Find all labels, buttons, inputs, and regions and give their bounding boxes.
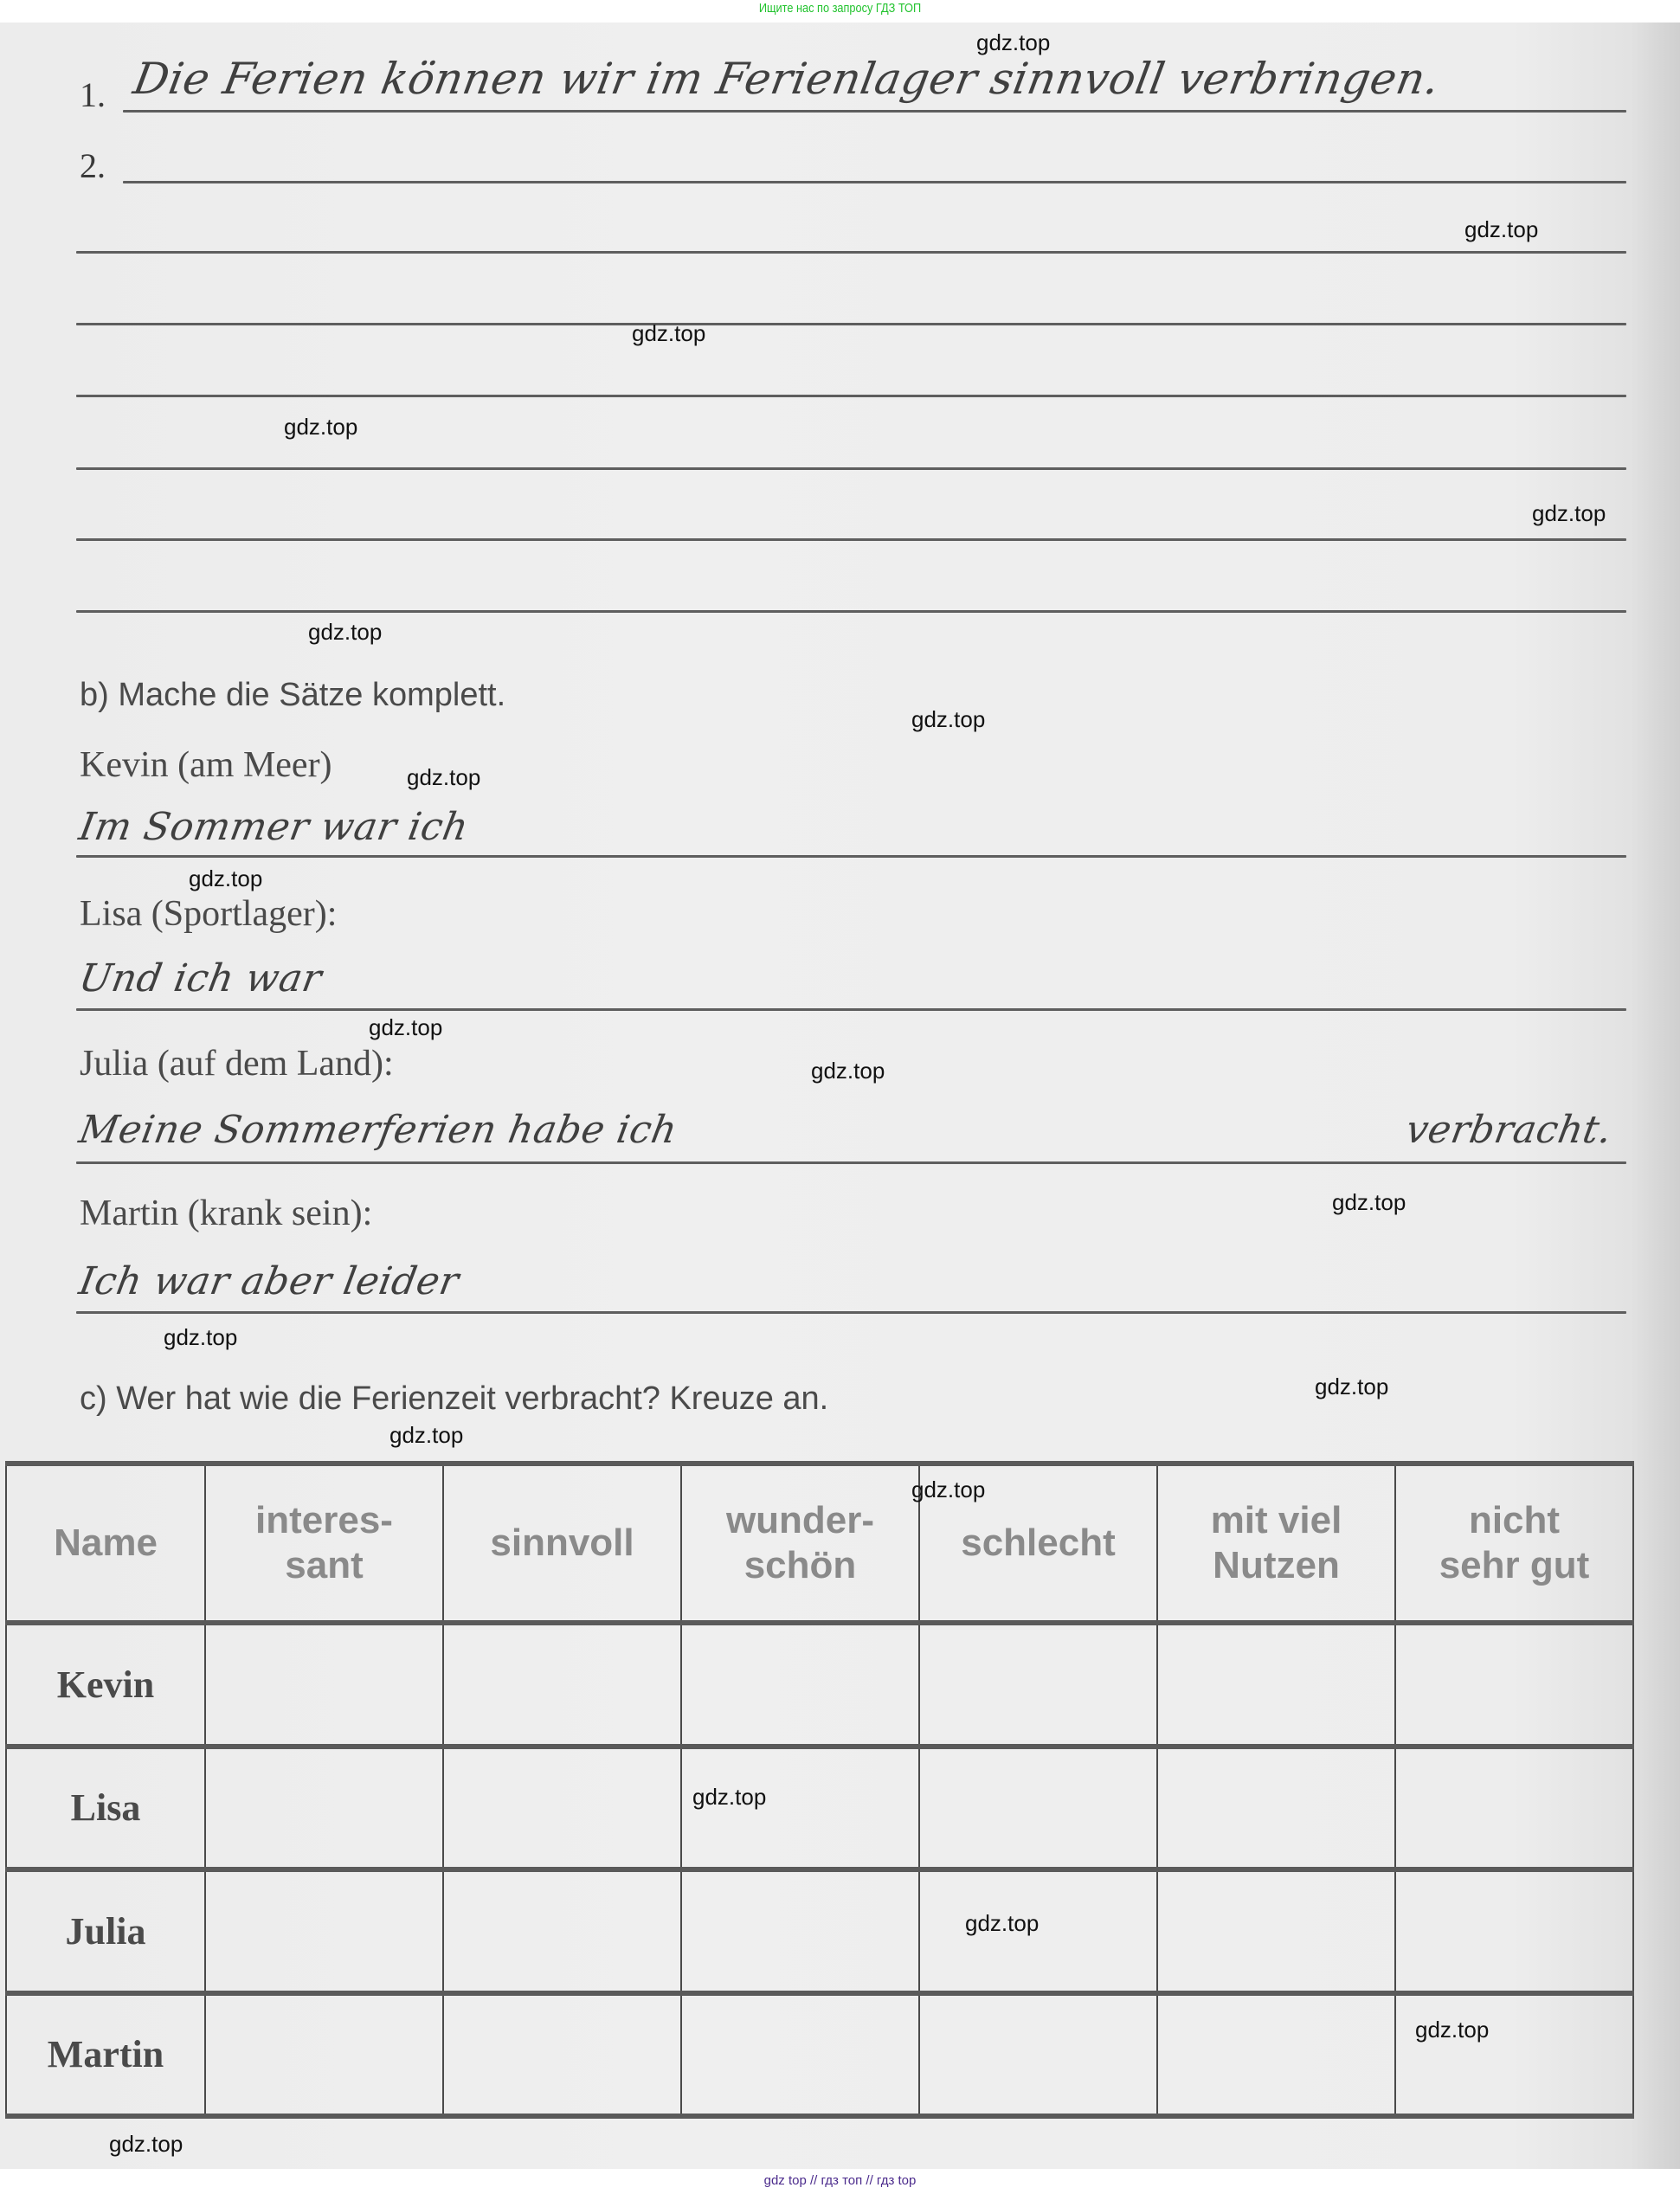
prompt-lisa: Lisa (Sportlager): xyxy=(80,893,337,935)
writing-line xyxy=(76,610,1626,613)
watermark: gdz.top xyxy=(284,414,357,441)
line-number-2: 2. xyxy=(80,145,106,186)
table-row: Martin xyxy=(6,1993,1633,2117)
table-row: Kevin xyxy=(6,1623,1633,1747)
writing-line xyxy=(76,1008,1626,1011)
check-cell[interactable] xyxy=(919,1993,1157,2117)
line-number-1: 1. xyxy=(80,74,106,115)
prompt-julia: Julia (auf dem Land): xyxy=(80,1043,394,1084)
check-cell[interactable] xyxy=(205,1747,443,1870)
writing-line xyxy=(123,181,1626,183)
check-cell[interactable] xyxy=(1157,1869,1395,1993)
watermark: gdz.top xyxy=(164,1324,237,1351)
row-name: Julia xyxy=(6,1869,205,1993)
table-row: Lisa xyxy=(6,1747,1633,1870)
row-name: Lisa xyxy=(6,1747,205,1870)
check-cell[interactable] xyxy=(919,1623,1157,1747)
answer-julia-end: verbracht. xyxy=(1403,1108,1616,1152)
bottom-banner: gdz top // гдз топ // гдз top xyxy=(0,2171,1680,2194)
writing-line xyxy=(123,110,1626,113)
holiday-rating-table: Nameinteres- santsinnvollwunder- schönsc… xyxy=(5,1461,1634,2119)
watermark: gdz.top xyxy=(189,865,262,892)
exercise-c-instruction: c) Wer hat wie die Ferienzeit verbracht?… xyxy=(80,1380,828,1418)
check-cell[interactable] xyxy=(681,1869,919,1993)
check-cell[interactable] xyxy=(1395,1747,1633,1870)
writing-line xyxy=(76,323,1626,325)
check-cell[interactable] xyxy=(681,1993,919,2117)
check-cell[interactable] xyxy=(205,1869,443,1993)
watermark: gdz.top xyxy=(976,29,1050,56)
column-header: sinnvoll xyxy=(443,1464,681,1623)
column-header: nicht sehr gut xyxy=(1395,1464,1633,1623)
watermark: gdz.top xyxy=(911,1477,985,1503)
watermark: gdz.top xyxy=(1532,500,1606,527)
check-cell[interactable] xyxy=(205,1623,443,1747)
check-cell[interactable] xyxy=(443,1623,681,1747)
exercise-b-instruction: b) Mache die Sätze komplett. xyxy=(80,677,505,714)
writing-line xyxy=(76,1311,1626,1314)
check-cell[interactable] xyxy=(443,1869,681,1993)
column-header: mit viel Nutzen xyxy=(1157,1464,1395,1623)
writing-line xyxy=(76,467,1626,470)
watermark: gdz.top xyxy=(389,1422,463,1449)
watermark: gdz.top xyxy=(308,619,382,646)
check-cell[interactable] xyxy=(205,1993,443,2117)
check-cell[interactable] xyxy=(443,1993,681,2117)
watermark: gdz.top xyxy=(1415,2017,1489,2043)
check-cell[interactable] xyxy=(919,1747,1157,1870)
check-cell[interactable] xyxy=(1395,1623,1633,1747)
answer-julia: Meine Sommerferien habe ich xyxy=(76,1108,681,1152)
row-name: Martin xyxy=(6,1993,205,2117)
answer-martin: Ich war aber leider xyxy=(76,1259,463,1303)
watermark: gdz.top xyxy=(911,706,985,733)
answer-kevin: Im Sommer war ich xyxy=(76,805,473,849)
watermark: gdz.top xyxy=(811,1058,885,1084)
check-cell[interactable] xyxy=(681,1623,919,1747)
writing-line xyxy=(76,395,1626,397)
writing-line xyxy=(76,855,1626,858)
column-header: wunder- schön xyxy=(681,1464,919,1623)
prompt-martin: Martin (krank sein): xyxy=(80,1193,372,1234)
watermark: gdz.top xyxy=(407,764,480,791)
check-cell[interactable] xyxy=(1157,1623,1395,1747)
watermark: gdz.top xyxy=(1332,1189,1406,1216)
check-cell[interactable] xyxy=(1157,1993,1395,2117)
table-header-row: Nameinteres- santsinnvollwunder- schönsc… xyxy=(6,1464,1633,1623)
writing-line xyxy=(76,251,1626,254)
top-banner: Ищите нас по запросу ГДЗ ТОП xyxy=(126,0,1554,21)
answer-line-1: Die Ferien können wir im Ferienlager sin… xyxy=(130,54,1444,104)
watermark: gdz.top xyxy=(1464,216,1538,243)
check-cell[interactable] xyxy=(443,1747,681,1870)
watermark: gdz.top xyxy=(369,1014,442,1041)
check-cell[interactable] xyxy=(1395,1869,1633,1993)
row-name: Kevin xyxy=(6,1623,205,1747)
check-cell[interactable] xyxy=(1395,1993,1633,2117)
watermark: gdz.top xyxy=(109,2131,183,2158)
check-cell[interactable] xyxy=(1157,1747,1395,1870)
watermark: gdz.top xyxy=(692,1784,766,1811)
writing-line xyxy=(76,1161,1626,1164)
column-header-name: Name xyxy=(6,1464,205,1623)
table-row: Julia xyxy=(6,1869,1633,1993)
prompt-kevin: Kevin (am Meer) xyxy=(80,744,332,786)
watermark: gdz.top xyxy=(965,1910,1039,1937)
column-header: interes- sant xyxy=(205,1464,443,1623)
watermark: gdz.top xyxy=(1315,1374,1388,1400)
watermark: gdz.top xyxy=(632,320,705,347)
writing-line xyxy=(76,538,1626,541)
answer-lisa: Und ich war xyxy=(76,956,325,1000)
